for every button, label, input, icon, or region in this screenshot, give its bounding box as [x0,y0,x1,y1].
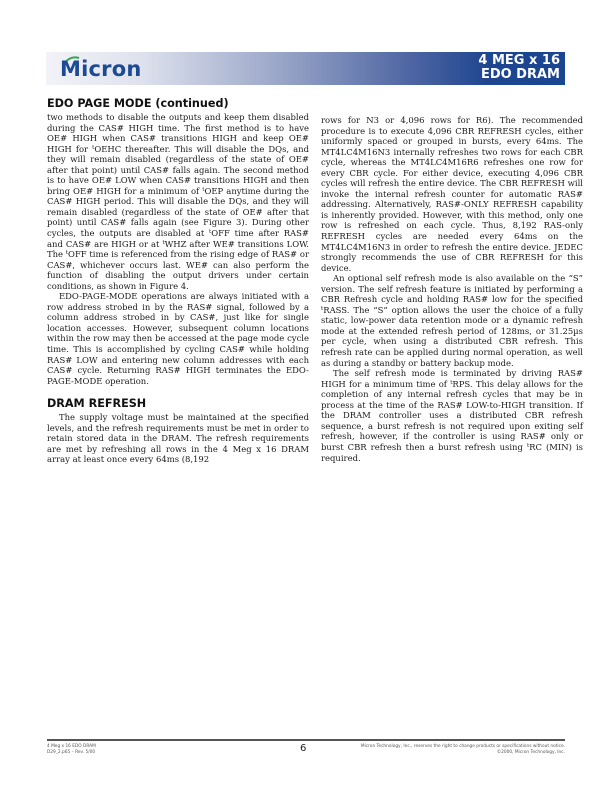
paragraph-cbr-refresh: rows for N3 or 4,096 rows for R6). The r… [321,115,583,273]
left-column: EDO PAGE MODE (continued) two methods to… [47,97,309,465]
footer-divider [47,739,565,741]
product-title-line1: 4 MEG x 16 [478,54,560,68]
micron-logo: Micron [60,55,141,83]
page-number: 6 [300,743,306,754]
paragraph-refresh-intro: The supply voltage must be maintained at… [47,412,309,465]
paragraph-self-refresh: An optional self refresh mode is also av… [321,273,583,368]
product-title-line2: EDO DRAM [478,68,560,82]
product-title: 4 MEG x 16 EDO DRAM [478,54,560,82]
footer-doc-info: 4 Meg x 16 EDO DRAM D29_2.p65 – Rev. 5/0… [47,744,96,755]
paragraph-self-refresh-exit: The self refresh mode is terminated by d… [321,368,583,463]
logo-text: Micron [60,57,141,81]
paragraph-edo-operations: EDO-PAGE-MODE operations are always init… [47,291,309,386]
heading-edo-page-mode: EDO PAGE MODE (continued) [47,97,309,110]
footer-copyright: Micron Technology, Inc., reserves the ri… [361,744,565,755]
right-column: rows for N3 or 4,096 rows for R6). The r… [321,115,583,463]
heading-dram-refresh: DRAM REFRESH [47,397,309,410]
paragraph-output-disable: two methods to disable the outputs and k… [47,112,309,291]
